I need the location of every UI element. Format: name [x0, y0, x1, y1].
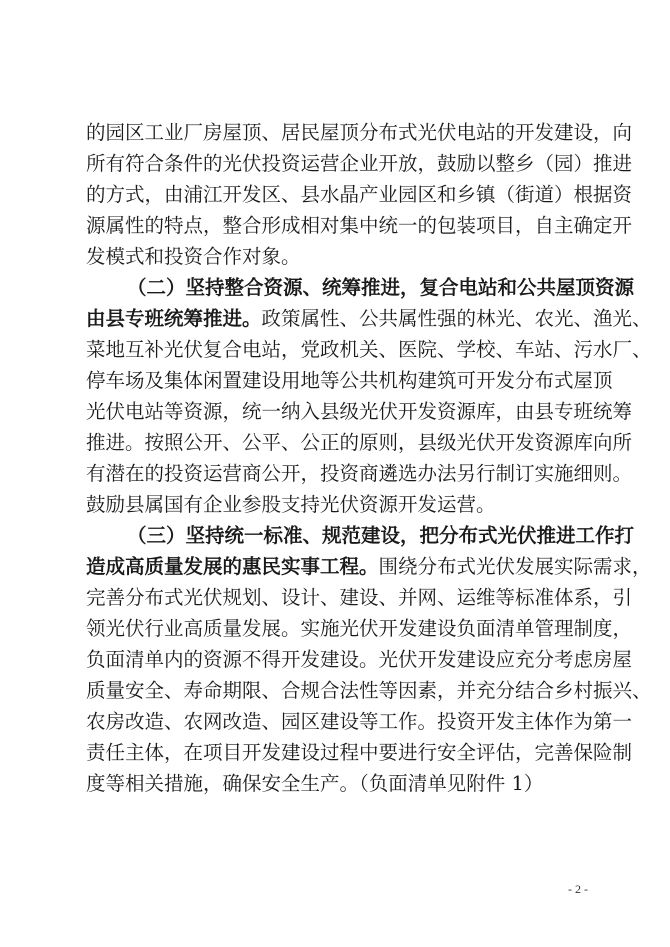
text-line: 光伏电站等资源，统一纳入县级光伏开发资源库，由县专班统筹: [86, 396, 586, 427]
text-line: 农房改造、农网改造、园区建设等工作。投资开发主体作为第一: [86, 706, 586, 737]
line-text: 政策属性、公共属性强的林光、农光、渔光、: [262, 307, 652, 330]
text-line: 的方式，由浦江开发区、县水晶产业园区和乡镇（街道）根据资: [86, 179, 586, 210]
section-heading: 由县专班统筹推进。: [86, 307, 262, 330]
text-line: （二）坚持整合资源、统筹推进，复合电站和公共屋顶资源: [86, 272, 586, 303]
line-text: 围绕分布式光伏发展实际需求，: [379, 555, 652, 578]
text-line: 领光伏行业高质量发展。实施光伏开发建设负面清单管理制度，: [86, 613, 586, 644]
paragraph-section-3: （三）坚持统一标准、规范建设，把分布式光伏推进工作打 造成高质量发展的惠民实事工…: [86, 520, 586, 799]
text-line: 负面清单内的资源不得开发建设。光伏开发建设应充分考虑房屋: [86, 644, 586, 675]
text-line: 由县专班统筹推进。政策属性、公共属性强的林光、农光、渔光、: [86, 303, 586, 334]
document-page: 的园区工业厂房屋顶、居民屋顶分布式光伏电站的开发建设，向 所有符合条件的光伏投资…: [0, 0, 670, 947]
page-number: - 2 -: [568, 882, 588, 897]
text-line: （三）坚持统一标准、规范建设，把分布式光伏推进工作打: [86, 520, 586, 551]
section-heading: （三）坚持统一标准、规范建设，把分布式光伏推进工作打: [127, 524, 634, 547]
section-heading: 造成高质量发展的惠民实事工程。: [86, 555, 379, 578]
text-line: 发模式和投资合作对象。: [86, 241, 586, 272]
text-line: 质量安全、寿命期限、合规合法性等因素，并充分结合乡村振兴、: [86, 675, 586, 706]
text-line: 所有符合条件的光伏投资运营企业开放，鼓励以整乡（园）推进: [86, 148, 586, 179]
text-line: 菜地互补光伏复合电站，党政机关、医院、学校、车站、污水厂、: [86, 334, 586, 365]
document-body: 的园区工业厂房屋顶、居民屋顶分布式光伏电站的开发建设，向 所有符合条件的光伏投资…: [86, 117, 586, 799]
text-line: 鼓励县属国有企业参股支持光伏资源开发运营。: [86, 489, 586, 520]
section-heading: （二）坚持整合资源、统筹推进，复合电站和公共屋顶资源: [127, 276, 634, 299]
text-line: 有潜在的投资运营商公开，投资商遴选办法另行制订实施细则。: [86, 458, 586, 489]
paragraph-section-2: （二）坚持整合资源、统筹推进，复合电站和公共屋顶资源 由县专班统筹推进。政策属性…: [86, 272, 586, 520]
text-line: 完善分布式光伏规划、设计、建设、并网、运维等标准体系，引: [86, 582, 586, 613]
text-line: 度等相关措施，确保安全生产。（负面清单见附件 1）: [86, 768, 586, 799]
text-line: 停车场及集体闲置建设用地等公共机构建筑可开发分布式屋顶: [86, 365, 586, 396]
text-line: 责任主体，在项目开发建设过程中要进行安全评估，完善保险制: [86, 737, 586, 768]
text-line: 的园区工业厂房屋顶、居民屋顶分布式光伏电站的开发建设，向: [86, 117, 586, 148]
text-line: 源属性的特点，整合形成相对集中统一的包装项目，自主确定开: [86, 210, 586, 241]
paragraph-continuation: 的园区工业厂房屋顶、居民屋顶分布式光伏电站的开发建设，向 所有符合条件的光伏投资…: [86, 117, 586, 272]
text-line: 造成高质量发展的惠民实事工程。围绕分布式光伏发展实际需求，: [86, 551, 586, 582]
text-line: 推进。按照公开、公平、公正的原则，县级光伏开发资源库向所: [86, 427, 586, 458]
